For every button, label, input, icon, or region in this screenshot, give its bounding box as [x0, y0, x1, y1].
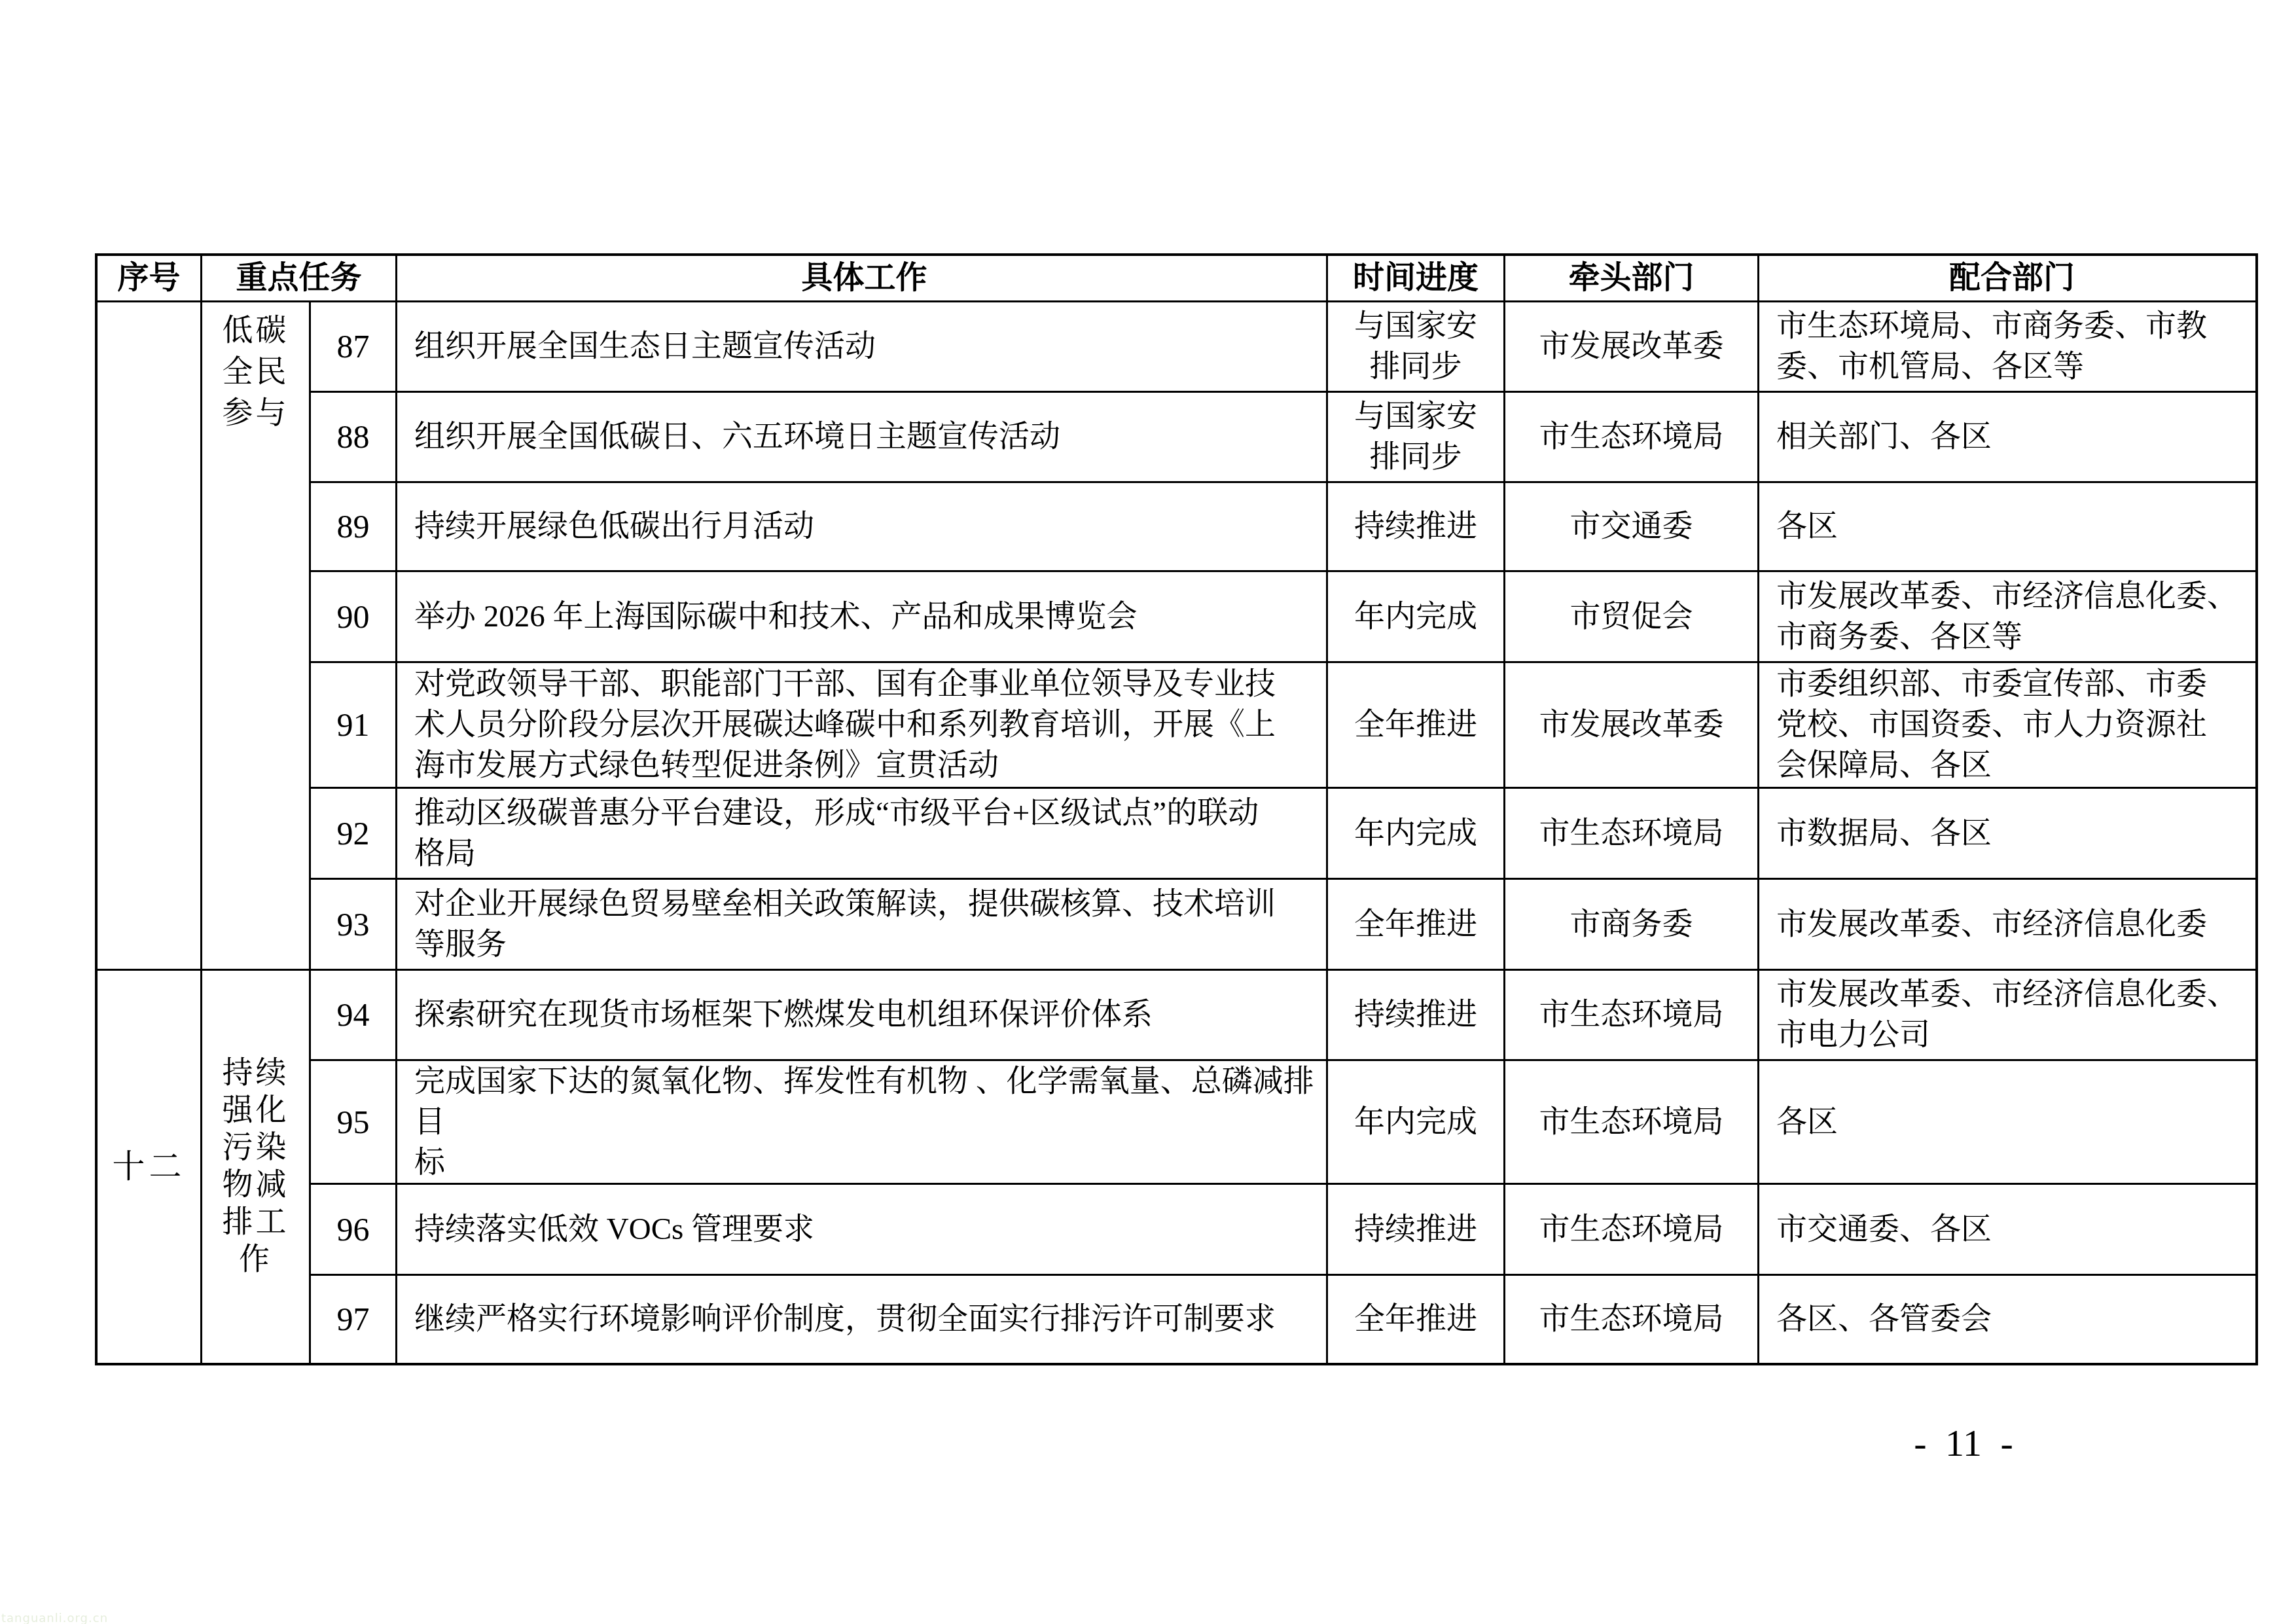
row-lead: 市生态环境局	[1505, 1060, 1759, 1183]
row-work: 持续开展绿色低碳出行月活动	[397, 482, 1327, 571]
watermark: tanguanli.org.cn	[1, 1612, 108, 1624]
table-row: 97 继续严格实行环境影响评价制度，贯彻全面实行排污许可制要求 全年推进 市生态…	[96, 1274, 2257, 1364]
row-coop: 市发展改革委、市经济信息化委、 市商务委、各区等	[1759, 571, 2257, 662]
row-work: 探索研究在现货市场框架下燃煤发电机组环保评价体系	[397, 969, 1327, 1060]
row-time: 持续推进	[1327, 969, 1505, 1060]
row-coop: 市委组织部、市委宣传部、市委 党校、市国资委、市人力资源社 会保障局、各区	[1759, 662, 2257, 787]
row-time: 年内完成	[1327, 571, 1505, 662]
row-coop: 市发展改革委、市经济信息化委、 市电力公司	[1759, 969, 2257, 1060]
row-work: 组织开展全国低碳日、六五环境日主题宣传活动	[397, 391, 1327, 482]
row-time: 年内完成	[1327, 787, 1505, 878]
table-row: 93 对企业开展绿色贸易壁垒相关政策解读，提供碳核算、技术培训 等服务 全年推进…	[96, 878, 2257, 969]
row-lead: 市生态环境局	[1505, 1274, 1759, 1364]
group-task: 低碳 全民 参与	[202, 301, 310, 969]
row-coop: 相关部门、各区	[1759, 391, 2257, 482]
header-seq: 序号	[96, 255, 202, 301]
table-row: 92 推动区级碳普惠分平台建设，形成“市级平台+区级试点”的联动 格局 年内完成…	[96, 787, 2257, 878]
table-row: 96 持续落实低效 VOCs 管理要求 持续推进 市生态环境局 市交通委、各区	[96, 1183, 2257, 1274]
row-work: 举办 2026 年上海国际碳中和技术、产品和成果博览会	[397, 571, 1327, 662]
row-coop: 市数据局、各区	[1759, 787, 2257, 878]
row-time: 持续推进	[1327, 482, 1505, 571]
row-number: 93	[310, 878, 397, 969]
row-number: 97	[310, 1274, 397, 1364]
row-number: 87	[310, 301, 397, 391]
header-work: 具体工作	[397, 255, 1327, 301]
row-number: 95	[310, 1060, 397, 1183]
page-number: - 11 -	[1885, 1420, 2042, 1466]
row-time: 与国家安 排同步	[1327, 301, 1505, 391]
table-row: 89 持续开展绿色低碳出行月活动 持续推进 市交通委 各区	[96, 482, 2257, 571]
row-time: 全年推进	[1327, 1274, 1505, 1364]
row-coop: 市发展改革委、市经济信息化委	[1759, 878, 2257, 969]
row-lead: 市交通委	[1505, 482, 1759, 571]
header-task: 重点任务	[202, 255, 397, 301]
row-number: 96	[310, 1183, 397, 1274]
row-number: 89	[310, 482, 397, 571]
table-row: 88 组织开展全国低碳日、六五环境日主题宣传活动 与国家安 排同步 市生态环境局…	[96, 391, 2257, 482]
table-row: 95 完成国家下达的氮氧化物、挥发性有机物 、化学需氧量、总磷减排目 标 年内完…	[96, 1060, 2257, 1183]
row-lead: 市贸促会	[1505, 571, 1759, 662]
row-work: 对企业开展绿色贸易壁垒相关政策解读，提供碳核算、技术培训 等服务	[397, 878, 1327, 969]
row-time: 全年推进	[1327, 878, 1505, 969]
table-row: 90 举办 2026 年上海国际碳中和技术、产品和成果博览会 年内完成 市贸促会…	[96, 571, 2257, 662]
row-time: 全年推进	[1327, 662, 1505, 787]
group-seq: 十二	[96, 969, 202, 1364]
table-row: 低碳 全民 参与 87 组织开展全国生态日主题宣传活动 与国家安 排同步 市发展…	[96, 301, 2257, 391]
header-time: 时间进度	[1327, 255, 1505, 301]
row-work: 推动区级碳普惠分平台建设，形成“市级平台+区级试点”的联动 格局	[397, 787, 1327, 878]
row-coop: 各区、各管委会	[1759, 1274, 2257, 1364]
task-table: 序号 重点任务 具体工作 时间进度 牵头部门 配合部门 低碳 全民 参与 87 …	[95, 253, 2258, 1365]
row-lead: 市生态环境局	[1505, 787, 1759, 878]
group-seq	[96, 301, 202, 969]
row-lead: 市生态环境局	[1505, 391, 1759, 482]
row-number: 92	[310, 787, 397, 878]
table-header-row: 序号 重点任务 具体工作 时间进度 牵头部门 配合部门	[96, 255, 2257, 301]
row-lead: 市发展改革委	[1505, 301, 1759, 391]
row-coop: 市生态环境局、市商务委、市教 委、市机管局、各区等	[1759, 301, 2257, 391]
row-work: 继续严格实行环境影响评价制度，贯彻全面实行排污许可制要求	[397, 1274, 1327, 1364]
row-coop: 各区	[1759, 482, 2257, 571]
header-coop: 配合部门	[1759, 255, 2257, 301]
row-work: 对党政领导干部、职能部门干部、国有企事业单位领导及专业技 术人员分阶段分层次开展…	[397, 662, 1327, 787]
row-lead: 市生态环境局	[1505, 969, 1759, 1060]
row-time: 持续推进	[1327, 1183, 1505, 1274]
header-lead: 牵头部门	[1505, 255, 1759, 301]
row-work: 组织开展全国生态日主题宣传活动	[397, 301, 1327, 391]
row-work: 完成国家下达的氮氧化物、挥发性有机物 、化学需氧量、总磷减排目 标	[397, 1060, 1327, 1183]
row-number: 91	[310, 662, 397, 787]
row-coop: 各区	[1759, 1060, 2257, 1183]
row-time: 与国家安 排同步	[1327, 391, 1505, 482]
group-task: 持续 强化 污染 物减 排工 作	[202, 969, 310, 1364]
row-number: 94	[310, 969, 397, 1060]
row-lead: 市商务委	[1505, 878, 1759, 969]
table-row: 91 对党政领导干部、职能部门干部、国有企事业单位领导及专业技 术人员分阶段分层…	[96, 662, 2257, 787]
row-number: 90	[310, 571, 397, 662]
row-number: 88	[310, 391, 397, 482]
row-coop: 市交通委、各区	[1759, 1183, 2257, 1274]
row-time: 年内完成	[1327, 1060, 1505, 1183]
row-lead: 市发展改革委	[1505, 662, 1759, 787]
row-work: 持续落实低效 VOCs 管理要求	[397, 1183, 1327, 1274]
table-row: 十二 持续 强化 污染 物减 排工 作 94 探索研究在现货市场框架下燃煤发电机…	[96, 969, 2257, 1060]
row-lead: 市生态环境局	[1505, 1183, 1759, 1274]
